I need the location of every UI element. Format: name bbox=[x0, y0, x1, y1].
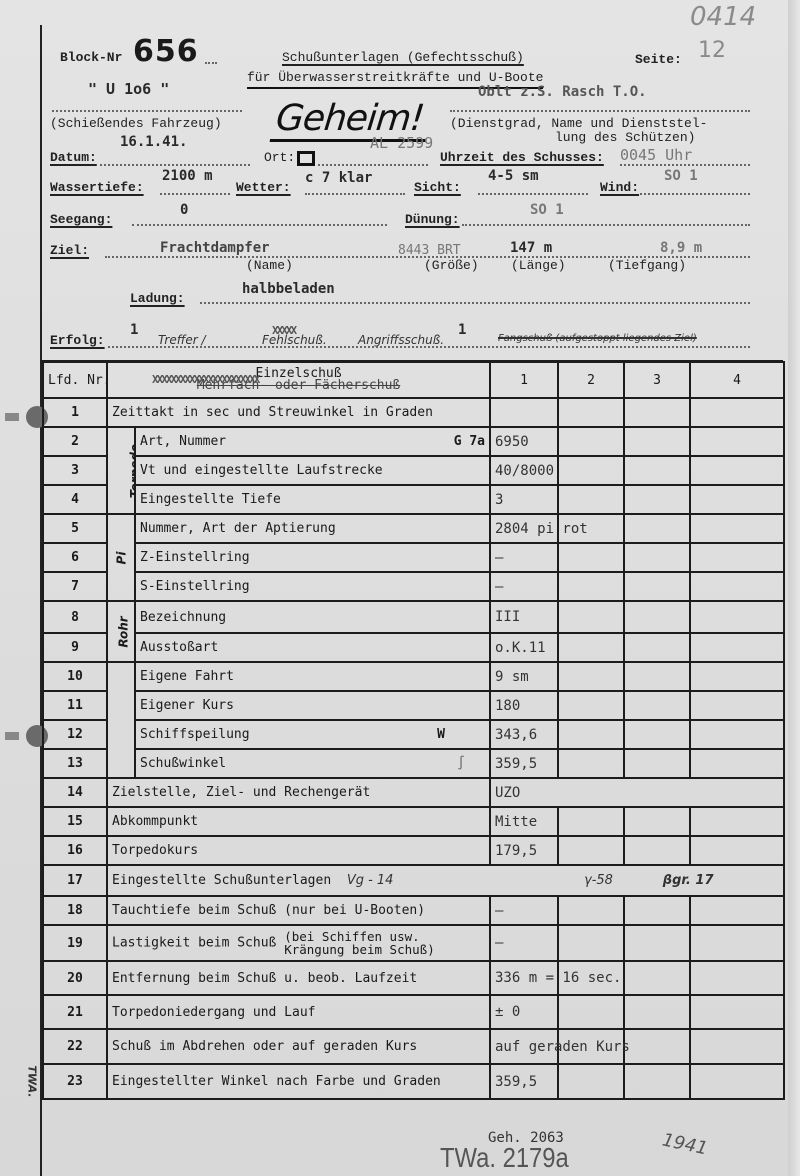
row-value-3 bbox=[624, 961, 690, 995]
row-nr: 12 bbox=[43, 720, 107, 749]
treffer-label: Treffer / bbox=[158, 333, 206, 347]
row-nr: 16 bbox=[43, 836, 107, 865]
row-value-4 bbox=[690, 662, 784, 691]
table-row: 9 Ausstoßart o.K.11 bbox=[43, 633, 784, 662]
ladung-label: Ladung: bbox=[130, 291, 185, 306]
row-value-3 bbox=[624, 1029, 690, 1064]
row-nr: 21 bbox=[43, 995, 107, 1029]
angriffsschuss-count: 1 bbox=[458, 322, 466, 338]
row-note-block: (bei Schiffen usw. Krängung beim Schuß) bbox=[284, 930, 435, 956]
row-value-1: Mitte bbox=[490, 807, 558, 836]
row-value-2 bbox=[558, 720, 624, 749]
dotted-line bbox=[132, 224, 387, 226]
row-value-2 bbox=[558, 601, 624, 633]
datum-value: 16.1.41. bbox=[120, 134, 187, 150]
row-value-3 bbox=[624, 514, 690, 543]
row-label: Lastigkeit beim Schuß (bei Schiffen usw.… bbox=[107, 925, 490, 961]
row-value-4 bbox=[690, 601, 784, 633]
sicht-value: 4-5 sm bbox=[488, 168, 539, 184]
table-row: 15 Abkommpunkt Mitte bbox=[43, 807, 784, 836]
row-note: ∫ bbox=[457, 756, 465, 771]
table-row: 22 Schuß im Abdrehen oder auf geraden Ku… bbox=[43, 1029, 784, 1064]
dotted-line bbox=[640, 193, 750, 195]
row-label: Abkommpunkt bbox=[107, 807, 490, 836]
document-page: Block-Nr 656 Schußunterlagen (Gefechtssc… bbox=[0, 0, 800, 1176]
row-label-text: Lastigkeit beim Schuß bbox=[112, 936, 276, 951]
table-row: 10 Beim Schuß Eigene Fahrt 9 sm bbox=[43, 662, 784, 691]
margin-note: TWA. bbox=[26, 1065, 39, 1097]
row-nr: 3 bbox=[43, 456, 107, 485]
punch-tab bbox=[5, 413, 19, 421]
row-label: Torpedokurs bbox=[107, 836, 490, 865]
group-torpedo-text: Torpedo bbox=[128, 443, 135, 497]
dotted-line bbox=[462, 224, 750, 226]
row-note-line2: Krängung beim Schuß) bbox=[284, 943, 435, 956]
row-value-4 bbox=[690, 485, 784, 514]
wind-value: SO 1 bbox=[664, 168, 698, 184]
row-label: Vt und eingestellte Laufstrecke bbox=[135, 456, 490, 485]
row-value-1: – bbox=[490, 543, 558, 572]
row-nr: 7 bbox=[43, 572, 107, 601]
angriffsschuss-label: Angriffsschuß. bbox=[358, 333, 444, 347]
row-value-1: III bbox=[490, 601, 558, 633]
row-value-3 bbox=[624, 601, 690, 633]
dotted-line bbox=[205, 62, 217, 64]
row-value-4 bbox=[690, 720, 784, 749]
group-rohr-text: Rohr bbox=[117, 616, 131, 647]
row-value-3 bbox=[624, 1064, 690, 1099]
row-label: Zielstelle, Ziel- und Rechengerät bbox=[107, 778, 490, 807]
seite-label: Seite: bbox=[635, 52, 682, 67]
row-value-3 bbox=[624, 896, 690, 925]
uhrzeit-value: 0045 Uhr bbox=[620, 146, 692, 164]
row-value-4 bbox=[690, 925, 784, 961]
row-value-2 bbox=[558, 925, 624, 961]
row-value-4 bbox=[690, 514, 784, 543]
row-value-1: ± 0 bbox=[490, 995, 558, 1029]
twa-number: TWa. 2179a bbox=[440, 1142, 569, 1174]
header-lfd-nr-text: Lfd. Nr. bbox=[48, 373, 107, 388]
wassertiefe-value: 2100 m bbox=[162, 168, 213, 184]
row-nr: 14 bbox=[43, 778, 107, 807]
row-value-1: 180 bbox=[490, 691, 558, 720]
row-value-4 bbox=[690, 427, 784, 456]
uhrzeit-label: Uhrzeit des Schusses: bbox=[440, 150, 604, 165]
row-nr: 11 bbox=[43, 691, 107, 720]
table-row: 23 Eingestellter Winkel nach Farbe und G… bbox=[43, 1064, 784, 1099]
row-value-3 bbox=[624, 633, 690, 662]
row-value-4 bbox=[690, 1064, 784, 1099]
wetter-label: Wetter: bbox=[236, 180, 291, 195]
header-col-4: 4 bbox=[690, 362, 784, 398]
header-col-3: 3 bbox=[624, 362, 690, 398]
row-value-1: 343,6 bbox=[490, 720, 558, 749]
row-nr: 2 bbox=[43, 427, 107, 456]
row-label-text: Schußwinkel bbox=[140, 756, 226, 771]
table-row: 21 Torpedoniedergang und Lauf ± 0 bbox=[43, 995, 784, 1029]
row-value-4 bbox=[690, 633, 784, 662]
row-value-2 bbox=[558, 836, 624, 865]
row-value-3 bbox=[624, 543, 690, 572]
table-row: 17 Eingestellte Schußunterlagen Vg - 14 … bbox=[43, 865, 784, 896]
table-row: 3 Vt und eingestellte Laufstrecke 40/800… bbox=[43, 456, 784, 485]
ort-box-icon bbox=[297, 151, 315, 166]
seegang-value: 0 bbox=[180, 202, 188, 218]
table-row: 4 Eingestellte Tiefe 3 bbox=[43, 485, 784, 514]
ziel-name: Frachtdampfer bbox=[160, 240, 270, 256]
vessel-label: (Schießendes Fahrzeug) bbox=[50, 116, 222, 131]
shooter-label-line2: lung des Schützen) bbox=[555, 130, 695, 145]
table-row: 8 Rohr Bezeichnung III bbox=[43, 601, 784, 633]
row-value-2 bbox=[558, 691, 624, 720]
row-nr: 17 bbox=[43, 865, 107, 896]
row-value-1: 3 bbox=[490, 485, 558, 514]
row-label: Eigener Kurs bbox=[135, 691, 490, 720]
row-label: Art, NummerG 7a bbox=[135, 427, 490, 456]
table-row: 5 Pi Nummer, Art der Aptierung 2804 pi r… bbox=[43, 514, 784, 543]
row-value-1: 2804 pi rot bbox=[490, 514, 558, 543]
dotted-line bbox=[108, 346, 750, 348]
row-value-3 bbox=[624, 836, 690, 865]
wetter-value: c 7 klar bbox=[305, 170, 372, 186]
row-value-1: – bbox=[490, 572, 558, 601]
erfolg-label: Erfolg: bbox=[50, 333, 105, 348]
row-label: Torpedoniedergang und Lauf bbox=[107, 995, 490, 1029]
row-value-1: 336 m = 16 sec. bbox=[490, 961, 558, 995]
row-value-1: o.K.11 bbox=[490, 633, 558, 662]
punch-tab bbox=[5, 732, 19, 740]
row-value-4 bbox=[690, 1029, 784, 1064]
row-label: S-Einstellring bbox=[135, 572, 490, 601]
row-value-2 bbox=[558, 485, 624, 514]
row-value-3 bbox=[624, 720, 690, 749]
fangschuss-label: Fangschuß (aufgestoppt liegendes Ziel) bbox=[498, 333, 697, 344]
row-value-2 bbox=[558, 749, 624, 778]
table-row: 20 Entfernung beim Schuß u. beob. Laufze… bbox=[43, 961, 784, 995]
dotted-line bbox=[160, 193, 230, 195]
row-nr: 22 bbox=[43, 1029, 107, 1064]
table-row: 6 Z-Einstellring – bbox=[43, 543, 784, 572]
row-nr: 13 bbox=[43, 749, 107, 778]
wind-label: Wind: bbox=[600, 180, 639, 195]
ziel-groesse: 8443 BRT bbox=[398, 243, 461, 258]
row-note: W bbox=[437, 727, 445, 742]
table-row: 18 Tauchtiefe beim Schuß (nur bei U-Boot… bbox=[43, 896, 784, 925]
dotted-line bbox=[100, 164, 250, 166]
row-value-2 bbox=[558, 662, 624, 691]
page-edge bbox=[788, 0, 800, 1176]
dotted-line bbox=[478, 193, 588, 195]
group-beim-schuss: Beim Schuß bbox=[107, 662, 135, 778]
row-value-3 bbox=[624, 807, 690, 836]
dotted-line bbox=[318, 164, 428, 166]
row-value-1: – bbox=[490, 925, 558, 961]
row-value-1: – bbox=[490, 896, 558, 925]
row-note-beta: βgr. 17 bbox=[663, 873, 714, 888]
row-value-1: 359,5 bbox=[490, 749, 558, 778]
row-value-4 bbox=[690, 572, 784, 601]
row-value-3 bbox=[624, 427, 690, 456]
row-value-4 bbox=[690, 398, 784, 427]
table-row: 11 Eigener Kurs 180 bbox=[43, 691, 784, 720]
block-nr-label: Block-Nr bbox=[60, 50, 122, 65]
year-pencil: 1941 bbox=[660, 1129, 709, 1159]
ziel-groesse-caption: (Größe) bbox=[424, 258, 479, 273]
dotted-line bbox=[620, 164, 750, 166]
header-col-1: 1 bbox=[490, 362, 558, 398]
row-nr: 5 bbox=[43, 514, 107, 543]
wassertiefe-label: Wassertiefe: bbox=[50, 180, 144, 195]
row-label: Nummer, Art der Aptierung bbox=[135, 514, 490, 543]
row-label: Entfernung beim Schuß u. beob. Laufzeit bbox=[107, 961, 490, 995]
al-number: AL 2599 bbox=[370, 134, 433, 152]
row-nr: 19 bbox=[43, 925, 107, 961]
treffer-count: 1 bbox=[130, 322, 138, 338]
row-value-3 bbox=[624, 398, 690, 427]
row-nr: 4 bbox=[43, 485, 107, 514]
row-value-2 bbox=[558, 427, 624, 456]
row-label-text: Schiffspeilung bbox=[140, 727, 250, 742]
row-note-vg: Vg - 14 bbox=[347, 873, 394, 888]
group-torpedo: Torpedo bbox=[107, 427, 135, 514]
row-value-2 bbox=[558, 543, 624, 572]
table-row: 2 Torpedo Art, NummerG 7a 6950 bbox=[43, 427, 784, 456]
row-value-2 bbox=[558, 896, 624, 925]
dotted-line bbox=[450, 110, 750, 112]
header-mehrfach-struck: Mehrfach- oder Fächerschuß XXXXXXXXXXXXX… bbox=[112, 380, 485, 392]
dotted-line bbox=[200, 302, 750, 304]
row-value-1: auf geraden Kurs bbox=[490, 1029, 558, 1064]
row-value-4 bbox=[690, 995, 784, 1029]
row-value-2 bbox=[558, 807, 624, 836]
row-label: Eingestellter Winkel nach Farbe und Grad… bbox=[107, 1064, 490, 1099]
header-lfd-nr: Lfd. Nr. bbox=[43, 362, 107, 398]
table-row: 14 Zielstelle, Ziel- und Rechengerät UZO bbox=[43, 778, 784, 807]
table-header-row: Lfd. Nr. Einzelschuß Mehrfach- oder Fäch… bbox=[43, 362, 784, 398]
ziel-tiefgang: 8,9 m bbox=[660, 240, 702, 256]
row-label: Tauchtiefe beim Schuß (nur bei U-Booten) bbox=[107, 896, 490, 925]
row-label-text: Eingestellte Schußunterlagen bbox=[112, 873, 331, 888]
row-nr: 23 bbox=[43, 1064, 107, 1099]
row-value-3 bbox=[624, 456, 690, 485]
sicht-label: Sicht: bbox=[414, 180, 461, 195]
ziel-name-caption: (Name) bbox=[246, 258, 293, 273]
row-value-1: 40/8000 bbox=[490, 456, 558, 485]
vessel-value: " U 1o6 " bbox=[88, 80, 169, 98]
seite-value: 12 bbox=[698, 38, 726, 63]
dotted-line bbox=[305, 193, 405, 195]
row-value-2 bbox=[558, 1064, 624, 1099]
row-note-gamma: γ-58 bbox=[584, 873, 613, 888]
row-label: Bezeichnung bbox=[135, 601, 490, 633]
row-label: Eingestellte Tiefe bbox=[135, 485, 490, 514]
row-value-4 bbox=[690, 749, 784, 778]
row-nr: 20 bbox=[43, 961, 107, 995]
shooter-label-line1: (Dienstgrad, Name und Dienststel- bbox=[450, 116, 707, 131]
row-label: Ausstoßart bbox=[135, 633, 490, 662]
firing-data-table: Lfd. Nr. Einzelschuß Mehrfach- oder Fäch… bbox=[42, 361, 785, 1100]
group-pi: Pi bbox=[107, 514, 135, 601]
row-label: Eingestellte Schußunterlagen Vg - 14 bbox=[107, 865, 490, 896]
ziel-tiefgang-caption: (Tiefgang) bbox=[608, 258, 686, 273]
row-value-3 bbox=[624, 749, 690, 778]
row-label: SchiffspeilungW bbox=[135, 720, 490, 749]
ziel-laenge-caption: (Länge) bbox=[511, 258, 566, 273]
row-nr: 15 bbox=[43, 807, 107, 836]
duenung-value: SO 1 bbox=[530, 202, 564, 218]
row-value-4 bbox=[690, 961, 784, 995]
row-value-2 bbox=[558, 398, 624, 427]
group-rohr: Rohr bbox=[107, 601, 135, 662]
row-value-4 bbox=[690, 456, 784, 485]
row-value-2 bbox=[558, 572, 624, 601]
row-value-3 bbox=[624, 485, 690, 514]
ladung-value: halbbeladen bbox=[242, 281, 335, 297]
row-label-text: Art, Nummer bbox=[140, 434, 226, 449]
ort-label: Ort: bbox=[264, 150, 295, 165]
row-value-1 bbox=[490, 398, 558, 427]
row-note: G 7a bbox=[454, 434, 485, 449]
duenung-label: Dünung: bbox=[405, 212, 460, 227]
table-row: 16 Torpedokurs 179,5 bbox=[43, 836, 784, 865]
table-row: 13 Schußwinkel∫ 359,5 bbox=[43, 749, 784, 778]
row-nr: 1 bbox=[43, 398, 107, 427]
row-value-3 bbox=[624, 925, 690, 961]
row-label: Z-Einstellring bbox=[135, 543, 490, 572]
row-value-3 bbox=[624, 691, 690, 720]
row-value-2 bbox=[558, 995, 624, 1029]
row-label: Schuß im Abdrehen oder auf geraden Kurs bbox=[107, 1029, 490, 1064]
row-nr: 10 bbox=[43, 662, 107, 691]
header-description: Einzelschuß Mehrfach- oder Fächerschuß X… bbox=[107, 362, 490, 398]
table-row: 7 S-Einstellring – bbox=[43, 572, 784, 601]
ziel-laenge: 147 m bbox=[510, 240, 552, 256]
row-nr: 18 bbox=[43, 896, 107, 925]
table-row: 1 Zeittakt in sec und Streuwinkel in Gra… bbox=[43, 398, 784, 427]
row-value-4 bbox=[690, 691, 784, 720]
row-value-1: UZO bbox=[490, 778, 784, 807]
fehlschuss-label: Fehlschuß. bbox=[262, 333, 327, 347]
archive-pencil-number: 0414 bbox=[690, 2, 756, 32]
row-value-4 bbox=[690, 807, 784, 836]
row-value-3 bbox=[624, 662, 690, 691]
ziel-label: Ziel: bbox=[50, 243, 89, 258]
shooter-value: Oblt z.S. Rasch T.O. bbox=[478, 84, 647, 100]
datum-label: Datum: bbox=[50, 150, 97, 165]
table-row: 19 Lastigkeit beim Schuß (bei Schiffen u… bbox=[43, 925, 784, 961]
form-title: Schußunterlagen (Gefechtsschuß) bbox=[282, 50, 524, 65]
seegang-label: Seegang: bbox=[50, 212, 112, 227]
row-value-2 bbox=[558, 633, 624, 662]
row-value-3 bbox=[624, 995, 690, 1029]
row-value-4 bbox=[690, 543, 784, 572]
table-row: 12 SchiffspeilungW 343,6 bbox=[43, 720, 784, 749]
header-col-2: 2 bbox=[558, 362, 624, 398]
row-value-4 bbox=[690, 896, 784, 925]
row-label: Schußwinkel∫ bbox=[135, 749, 490, 778]
row-value-3 bbox=[624, 572, 690, 601]
row-value-2 bbox=[558, 456, 624, 485]
row-value-4 bbox=[690, 836, 784, 865]
dotted-line bbox=[52, 110, 242, 112]
row-label: Eigene Fahrt bbox=[135, 662, 490, 691]
row-label: Zeittakt in sec und Streuwinkel in Grade… bbox=[107, 398, 490, 427]
row-nr: 8 bbox=[43, 601, 107, 633]
row-value-1: 179,5 bbox=[490, 836, 558, 865]
row-value-1: 9 sm bbox=[490, 662, 558, 691]
block-nr-value: 656 bbox=[133, 34, 199, 69]
row-value-1: 359,5 bbox=[490, 1064, 558, 1099]
header-strike-marks: XXXXXXXXXXXXXXXXXXXXXXX bbox=[152, 374, 258, 386]
row-nr: 6 bbox=[43, 543, 107, 572]
row-nr: 9 bbox=[43, 633, 107, 662]
row-value-span: γ-58 βgr. 17 bbox=[490, 865, 784, 896]
group-pi-text: Pi bbox=[114, 551, 128, 564]
row-value-1: 6950 bbox=[490, 427, 558, 456]
